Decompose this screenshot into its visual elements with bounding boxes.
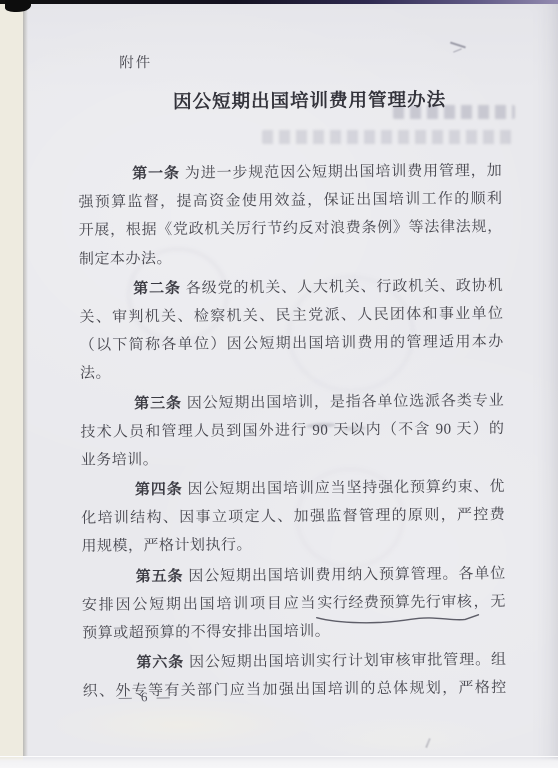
article-text: 用规模，严格计划执行。: [81, 538, 252, 555]
article-number: 第三条: [134, 395, 182, 411]
document-text-line: 技术人员和管理人员到国外进行 90 天以内（不含 90 天）的: [80, 415, 504, 447]
scanner-backing-blotch: [298, 714, 512, 760]
document-text-line: 第四条因公短期出国培训应当坚持强化预算约束、优: [81, 473, 505, 505]
article-body: 第一条为进一步规范因公短期出国培训费用管理，加强预算监督，提高资金使用效益，保证…: [78, 157, 507, 706]
article-text: 预算或超预算的不得安排出国培训。: [82, 624, 330, 642]
article-text: 因公短期出国培训应当坚持强化预算约束、优: [188, 479, 505, 498]
document-text-line: 第一条为进一步规范因公短期出国培训费用管理，加: [78, 157, 502, 189]
article-text: 关、审判机关、检察机关、民主党派、人民团体和事业单位: [79, 306, 503, 326]
article-text: 因公短期出国培训实行计划审核审批管理。组: [189, 652, 506, 671]
article-text: 各级党的机关、人大机关、行政机关、政协机: [186, 278, 503, 297]
article-text: 法。: [80, 366, 111, 382]
article-paragraph: 第一条为进一步规范因公短期出国培训费用管理，加强预算监督，提高资金使用效益，保证…: [78, 157, 503, 273]
article-paragraph: 第四条因公短期出国培训应当坚持强化预算约束、优化培训结构、因事立项定人、加强监督…: [81, 473, 506, 561]
document-text-line: 第六条因公短期出国培训实行计划审核审批管理。组: [82, 646, 506, 678]
article-number: 第一条: [132, 166, 180, 182]
document-title: 因公短期出国培训费用管理办法: [97, 85, 521, 115]
document-text-line: 第三条因公短期出国培训，是指各单位选派各类专业: [80, 387, 504, 419]
document-text-line: 强预算监督，提高资金使用效益，保证出国培训工作的顺利: [78, 185, 502, 217]
document-text-line: 化培训结构、因事立项定人、加强监督管理的原则，严控费: [81, 501, 505, 533]
document-text-line: （以下简称各单位）因公短期出国培训费用的管理适用本办: [80, 328, 504, 360]
article-paragraph: 第五条因公短期出国培训费用纳入预算管理。各单位安排因公短期出国培训项目应当实行经…: [82, 560, 507, 648]
scanned-document-page: 附件 因公短期出国培训费用管理办法 第一条为进一步规范因公短期出国培训费用管理，…: [0, 0, 558, 768]
document-text-line: 业务培训。: [81, 443, 505, 475]
article-text: 技术人员和管理人员到国外进行 90 天以内（不含 90 天）的: [80, 421, 504, 441]
document-text-line: 用规模，严格计划执行。: [81, 529, 505, 561]
pen-underline-mark: [315, 611, 480, 624]
underlined-text: 实行经费预算先行审核: [317, 588, 472, 618]
article-text: 因公短期出国培训，是指各单位选派各类专业: [187, 393, 504, 412]
article-text: 化培训结构、因事立项定人、加强监督管理的原则，严控费: [81, 507, 505, 527]
binding-edge-strip: [0, 0, 23, 768]
article-text: 制定本办法。: [79, 251, 172, 268]
article-number: 第二条: [133, 281, 181, 297]
article-number: 第六条: [136, 655, 184, 671]
article-text: 因公短期出国培训费用纳入预算管理。各单位: [188, 566, 505, 585]
scanner-backing-blotch: [46, 698, 318, 752]
document-text-line: 开展，根据《党政机关厉行节约反对浪费条例》等法律法规，: [79, 213, 503, 245]
article-number: 第五条: [136, 568, 184, 584]
document-text-line: 制定本办法。: [79, 242, 503, 274]
article-text: ，无: [472, 594, 506, 610]
article-text: 业务培训。: [81, 452, 159, 469]
article-text: 强预算监督，提高资金使用效益，保证出国培训工作的顺利: [78, 191, 502, 211]
document-text-line: 第二条各级党的机关、人大机关、行政机关、政协机: [79, 272, 503, 304]
document-text-line: 安排因公短期出国培训项目应当实行经费预算先行审核，无: [82, 588, 506, 620]
article-text: 为进一步规范因公短期出国培训费用管理，加: [185, 163, 502, 182]
scan-bottom-edge: [0, 756, 558, 768]
document-text-line: 法。: [80, 356, 504, 388]
document-content: 附件 因公短期出国培训费用管理办法 第一条为进一步规范因公短期出国培训费用管理，…: [77, 0, 507, 708]
article-paragraph: 第三条因公短期出国培训，是指各单位选派各类专业技术人员和管理人员到国外进行 90…: [80, 387, 505, 475]
page-edge-shadow: [23, 0, 28, 756]
document-text-line: 关、审判机关、检察机关、民主党派、人民团体和事业单位: [79, 300, 503, 332]
document-text-line: 第五条因公短期出国培训费用纳入预算管理。各单位: [82, 560, 506, 592]
article-paragraph: 第二条各级党的机关、人大机关、行政机关、政协机关、审判机关、检察机关、民主党派、…: [79, 272, 504, 388]
article-text: 安排因公短期出国培训项目应当: [82, 595, 317, 613]
article-text: 开展，根据《党政机关厉行节约反对浪费条例》等法律法规，: [79, 219, 503, 239]
attachment-label: 附件: [119, 48, 501, 72]
article-number: 第四条: [135, 482, 183, 498]
article-text: （以下简称各单位）因公短期出国培训费用的管理适用本办: [80, 334, 504, 354]
